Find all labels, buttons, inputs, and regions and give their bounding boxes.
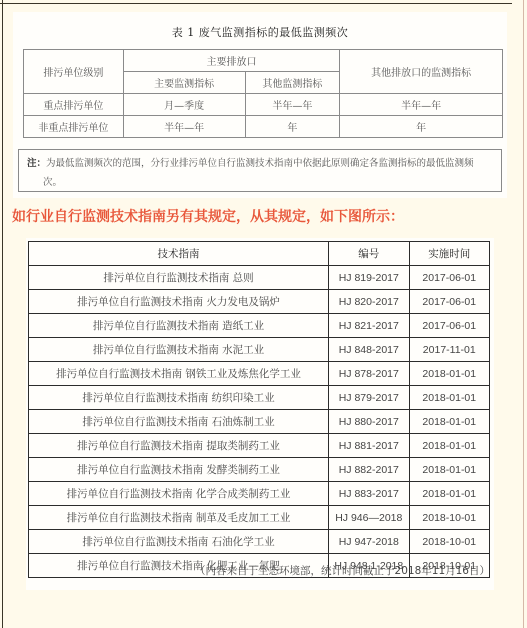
cell-date: 2017-06-01 xyxy=(409,314,489,338)
cell-other-indicators: 半年—年 xyxy=(245,94,340,116)
table-header-row: 技术指南 编号 实施时间 xyxy=(29,242,490,266)
cell-name: 排污单位自行监测技术指南 造纸工业 xyxy=(29,314,329,338)
table1-image-panel: 表 1 废气监测指标的最低监测频次 排污单位级别 主要排放口 其他排放口的监测指… xyxy=(13,12,507,198)
cell-name: 排污单位自行监测技术指南 纺织印染工业 xyxy=(29,386,329,410)
cell-other-outlet: 半年—年 xyxy=(340,94,503,116)
table1-title: 表 1 废气监测指标的最低监测频次 xyxy=(13,24,507,40)
cell-name: 排污单位自行监测技术指南 总则 xyxy=(29,266,329,290)
table-row: 排污单位自行监测技术指南 石油炼制工业HJ 880-20172018-01-01 xyxy=(29,410,490,434)
header-level: 排污单位级别 xyxy=(24,50,124,94)
note-text-continued: 次。 xyxy=(27,173,493,192)
cell-other-indicators: 年 xyxy=(245,116,340,138)
table-row: 排污单位自行监测技术指南 化学合成类制药工业HJ 883-20172018-01… xyxy=(29,482,490,506)
cell-name: 排污单位自行监测技术指南 化学合成类制药工业 xyxy=(29,482,329,506)
cell-date: 2018-01-01 xyxy=(409,458,489,482)
frame-top-border xyxy=(0,3,512,4)
guideline-table: 技术指南 编号 实施时间 排污单位自行监测技术指南 总则HJ 819-20172… xyxy=(28,241,490,578)
cell-main-indicators: 半年—年 xyxy=(123,116,245,138)
header-name: 技术指南 xyxy=(29,242,329,266)
table-row: 排污单位自行监测技术指南 石油化学工业HJ 947-20182018-10-01 xyxy=(29,530,490,554)
cell-name: 排污单位自行监测技术指南 水泥工业 xyxy=(29,338,329,362)
cell-code: HJ 880-2017 xyxy=(329,410,409,434)
note-label: 注： xyxy=(27,158,46,169)
cell-name: 排污单位自行监测技术指南 提取类制药工业 xyxy=(29,434,329,458)
cell-date: 2018-01-01 xyxy=(409,362,489,386)
cell-code: HJ 947-2018 xyxy=(329,530,409,554)
cell-other-outlet: 年 xyxy=(340,116,503,138)
cell-date: 2018-10-01 xyxy=(409,530,489,554)
cell-code: HJ 881-2017 xyxy=(329,434,409,458)
cell-code: HJ 820-2017 xyxy=(329,290,409,314)
cell-name: 排污单位自行监测技术指南 火力发电及锅炉 xyxy=(29,290,329,314)
table-row: 排污单位自行监测技术指南 火力发电及锅炉HJ 820-20172017-06-0… xyxy=(29,290,490,314)
cell-code: HJ 946—2018 xyxy=(329,506,409,530)
cell-code: HJ 848-2017 xyxy=(329,338,409,362)
source-note: （内容来自于生态环境部，统计时间截止于2018年11月16日） xyxy=(26,563,490,578)
cell-name: 排污单位自行监测技术指南 钢铁工业及炼焦化学工业 xyxy=(29,362,329,386)
cell-date: 2017-06-01 xyxy=(409,290,489,314)
cell-name: 排污单位自行监测技术指南 制革及毛皮加工工业 xyxy=(29,506,329,530)
cell-code: HJ 878-2017 xyxy=(329,362,409,386)
table-row: 排污单位自行监测技术指南 发酵类制药工业HJ 882-20172018-01-0… xyxy=(29,458,490,482)
cell-main-indicators: 月—季度 xyxy=(123,94,245,116)
cell-code: HJ 821-2017 xyxy=(329,314,409,338)
table-row: 重点排污单位 月—季度 半年—年 半年—年 xyxy=(24,94,503,116)
table-row: 排污单位自行监测技术指南 水泥工业HJ 848-20172017-11-01 xyxy=(29,338,490,362)
cell-name: 排污单位自行监测技术指南 石油炼制工业 xyxy=(29,410,329,434)
table-row: 排污单位自行监测技术指南 总则HJ 819-20172017-06-01 xyxy=(29,266,490,290)
table-row: 非重点排污单位 半年—年 年 年 xyxy=(24,116,503,138)
cell-code: HJ 883-2017 xyxy=(329,482,409,506)
note-box: 注：为最低监测频次的范围，分行业排污单位自行监测技术指南中依据此原则确定各监测指… xyxy=(18,149,502,192)
cell-level: 非重点排污单位 xyxy=(24,116,124,138)
header-code: 编号 xyxy=(329,242,409,266)
cell-code: HJ 879-2017 xyxy=(329,386,409,410)
note-text: 为最低监测频次的范围，分行业排污单位自行监测技术指南中依据此原则确定各监测指标的… xyxy=(46,158,474,169)
table2-image-panel: 技术指南 编号 实施时间 排污单位自行监测技术指南 总则HJ 819-20172… xyxy=(26,238,494,590)
cell-code: HJ 819-2017 xyxy=(329,266,409,290)
table-row: 排污单位自行监测技术指南 造纸工业HJ 821-20172017-06-01 xyxy=(29,314,490,338)
cell-code: HJ 882-2017 xyxy=(329,458,409,482)
header-main-indicators: 主要监测指标 xyxy=(123,72,245,94)
header-date: 实施时间 xyxy=(409,242,489,266)
cell-date: 2018-01-01 xyxy=(409,482,489,506)
header-other-indicators: 其他监测指标 xyxy=(245,72,340,94)
cell-date: 2017-06-01 xyxy=(409,266,489,290)
header-other-outlet: 其他排放口的监测指标 xyxy=(340,50,503,94)
cell-name: 排污单位自行监测技术指南 发酵类制药工业 xyxy=(29,458,329,482)
cell-name: 排污单位自行监测技术指南 石油化学工业 xyxy=(29,530,329,554)
table-row: 排污单位自行监测技术指南 制革及毛皮加工工业HJ 946—20182018-10… xyxy=(29,506,490,530)
cell-date: 2018-01-01 xyxy=(409,386,489,410)
cell-date: 2017-11-01 xyxy=(409,338,489,362)
table-row: 排污单位自行监测技术指南 纺织印染工业HJ 879-20172018-01-01 xyxy=(29,386,490,410)
cell-level: 重点排污单位 xyxy=(24,94,124,116)
table-row: 排污单位自行监测技术指南 提取类制药工业HJ 881-20172018-01-0… xyxy=(29,434,490,458)
cell-date: 2018-01-01 xyxy=(409,434,489,458)
monitoring-frequency-table: 排污单位级别 主要排放口 其他排放口的监测指标 主要监测指标 其他监测指标 重点… xyxy=(23,49,503,138)
frame-left-border xyxy=(2,0,3,628)
cell-date: 2018-10-01 xyxy=(409,506,489,530)
table-row: 排污单位自行监测技术指南 钢铁工业及炼焦化学工业HJ 878-20172018-… xyxy=(29,362,490,386)
header-main-outlet: 主要排放口 xyxy=(123,50,340,72)
red-heading: 如行业自行监测技术指南另有其规定，从其规定，如下图所示： xyxy=(12,206,517,226)
frame-right-border xyxy=(523,0,524,628)
cell-date: 2018-01-01 xyxy=(409,410,489,434)
